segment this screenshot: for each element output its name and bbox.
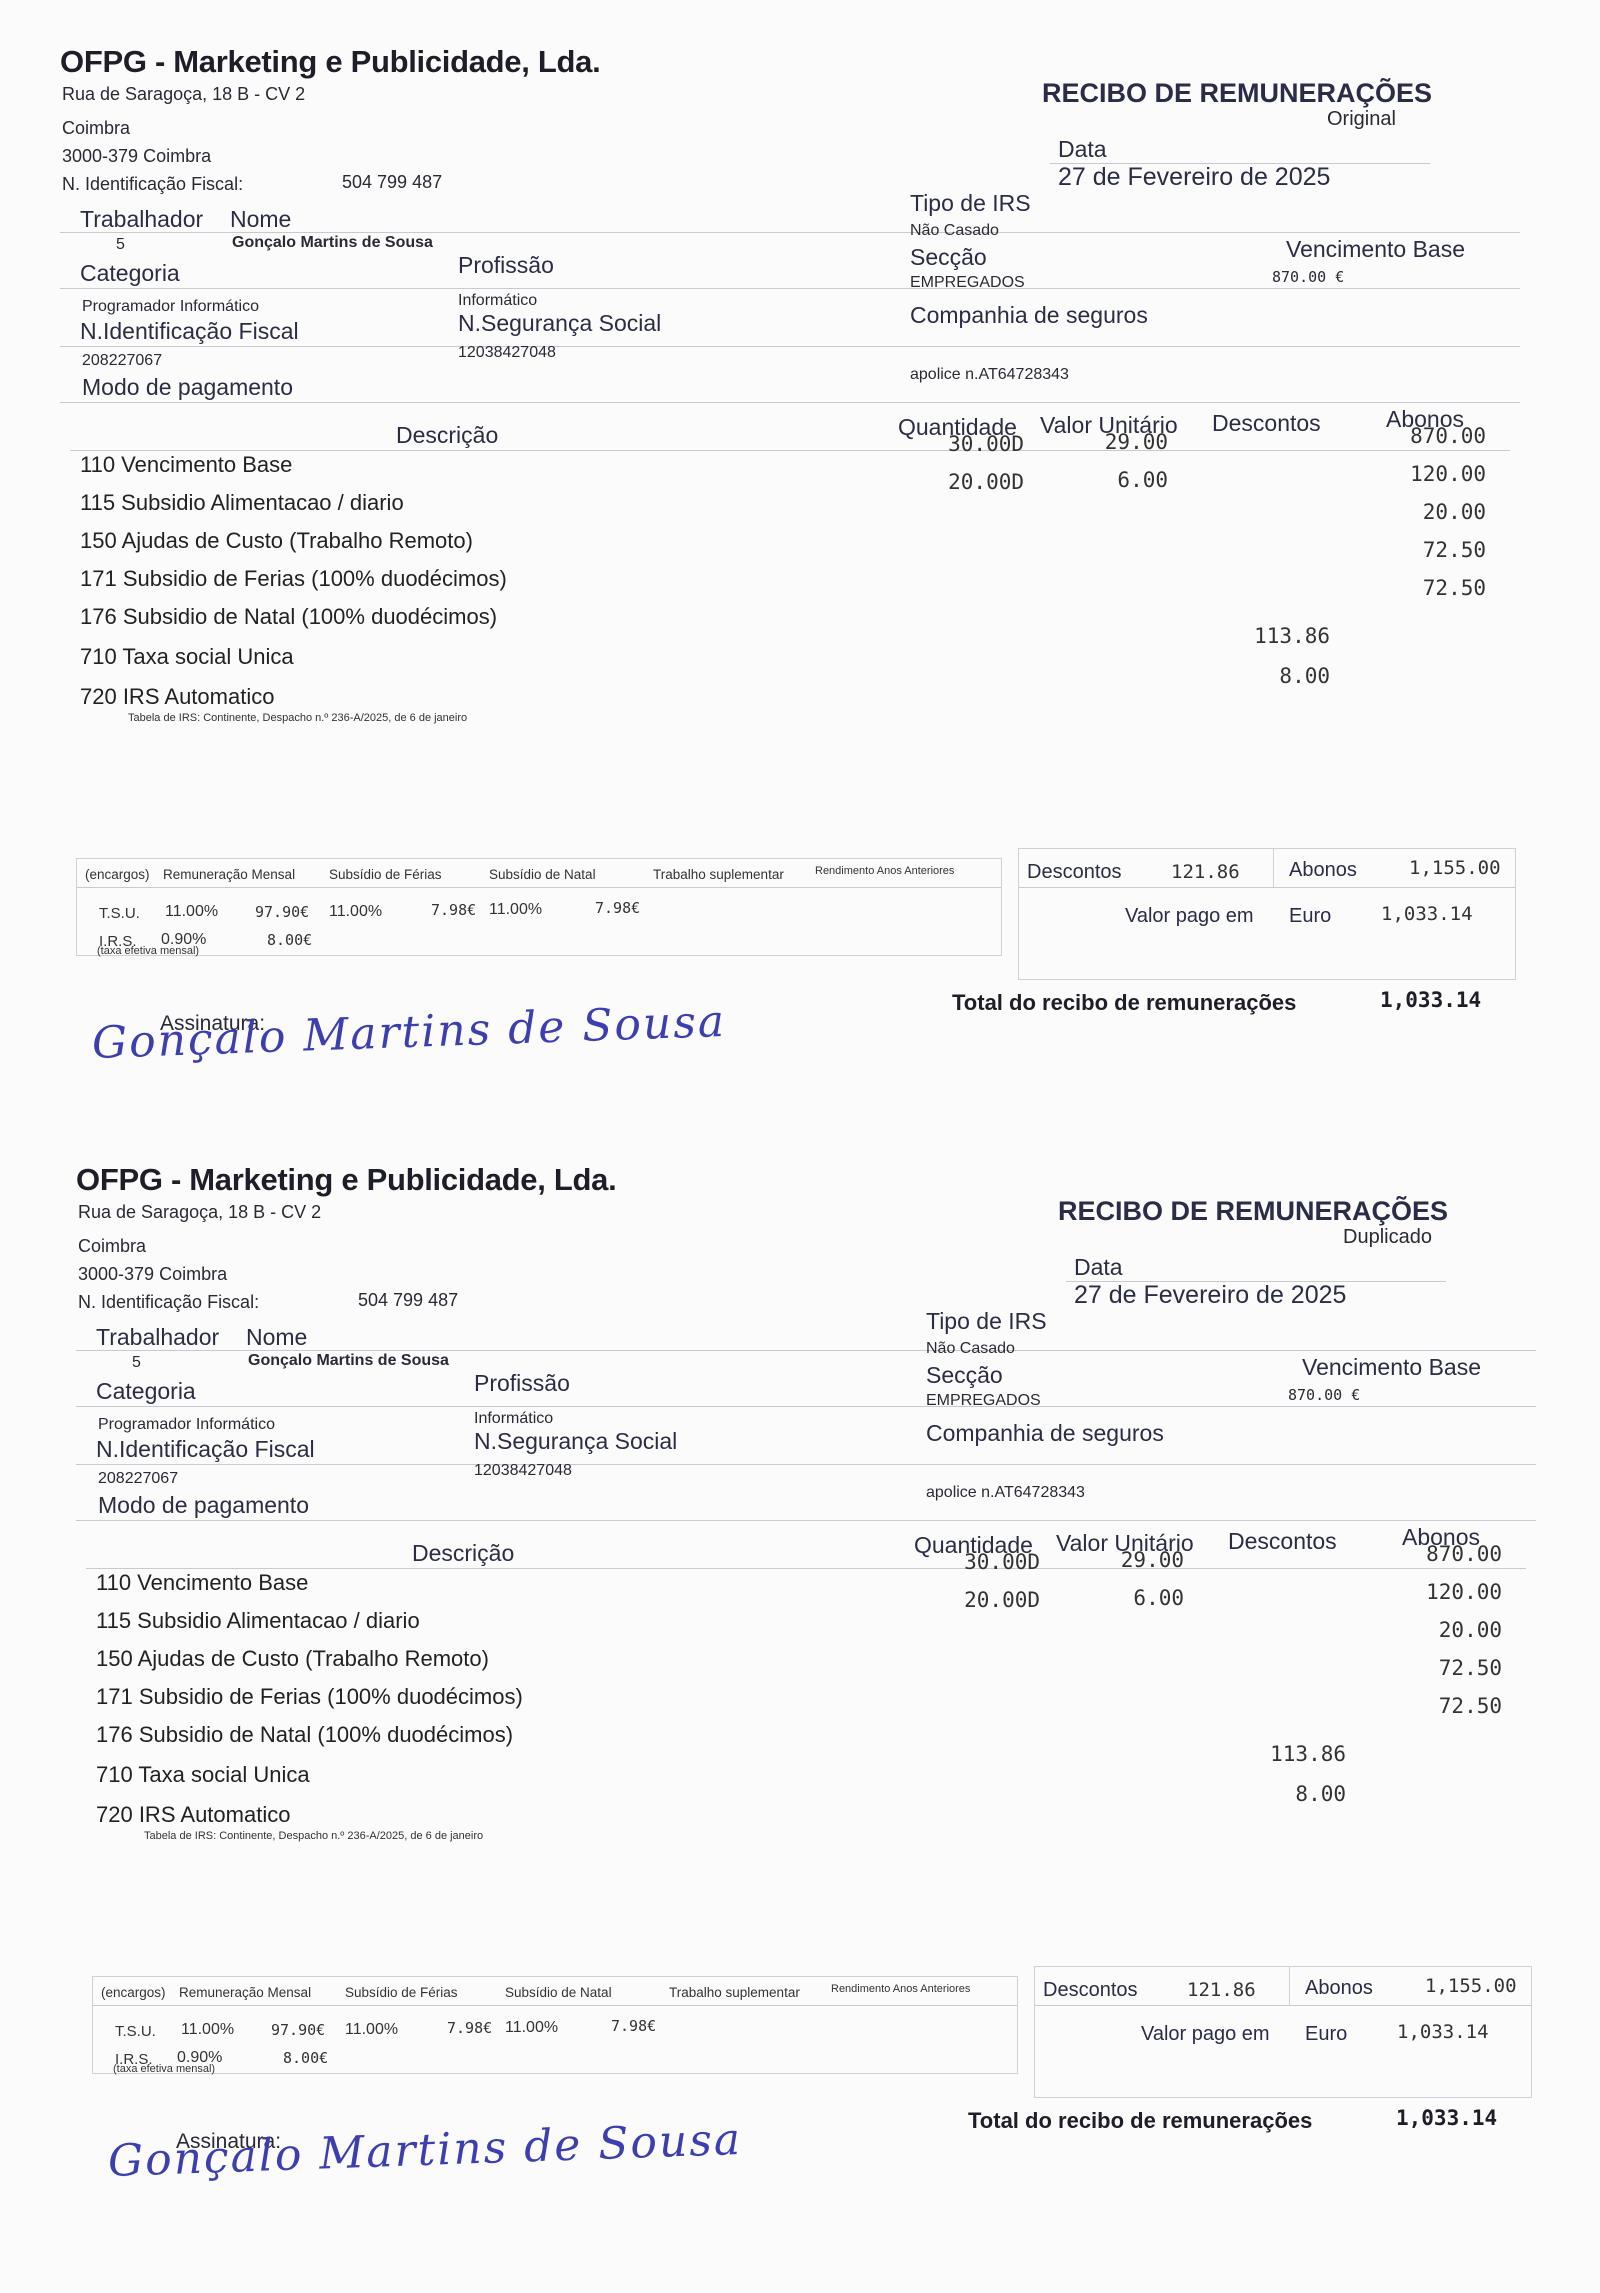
row-deductions: 113.86 — [1200, 624, 1330, 648]
irs-type: Não Casado — [910, 222, 999, 240]
worker-number: 5 — [116, 236, 125, 254]
paid-amount: 1,033.14 — [1397, 2021, 1489, 2043]
row-unit-value: 6.00 — [1040, 468, 1168, 492]
name-label: Nome — [230, 206, 291, 233]
row-description: 720 IRS Automatico — [80, 684, 274, 710]
copy-type: Original — [1327, 108, 1396, 131]
row-description: 171 Subsidio de Ferias (100% duodécimos) — [96, 1684, 523, 1710]
insurance-policy: apolice n.AT64728343 — [910, 366, 1069, 384]
irs-table-note: Tabela de IRS: Continente, Despacho n.º … — [144, 1830, 483, 1842]
name-label: Nome — [246, 1324, 307, 1351]
base-salary: 870.00 € — [1272, 268, 1344, 286]
profession-value: Informático — [458, 292, 537, 310]
worker-nif-label: N.Identificação Fiscal — [80, 318, 299, 345]
charges-header: Subsídio de Natal — [489, 867, 596, 882]
paid-currency: Euro — [1305, 2023, 1347, 2046]
category-value: Programador Informático — [82, 298, 259, 316]
charges-header: Remuneração Mensal — [179, 1985, 311, 2000]
row-allowances: 20.00 — [1376, 1618, 1502, 1642]
row-allowances: 870.00 — [1376, 1542, 1502, 1566]
charges-box: (encargos)Remuneração MensalSubsídio de … — [92, 1976, 1018, 2074]
irs-type-label: Tipo de IRS — [910, 190, 1031, 217]
paid-label: Valor pago em — [1141, 2023, 1270, 2046]
base-salary-label: Vencimento Base — [1302, 1354, 1481, 1381]
paid-amount: 1,033.14 — [1381, 903, 1473, 925]
category-label: Categoria — [80, 260, 180, 287]
document-date: 27 de Fevereiro de 2025 — [1058, 163, 1330, 192]
worker-name: Gonçalo Martins de Sousa — [232, 234, 433, 252]
row-unit-value: 29.00 — [1040, 430, 1168, 454]
worker-number: 5 — [132, 1354, 141, 1372]
worker-nif: 208227067 — [98, 1470, 178, 1488]
irs-rate-note: (taxa efetiva mensal) — [97, 945, 199, 957]
row-description: 176 Subsidio de Natal (100% duodécimos) — [96, 1722, 513, 1748]
company-address: Rua de Saragoça, 18 B - CV 2 — [78, 1202, 321, 1223]
tsu-label: T.S.U. — [115, 2023, 156, 2040]
row-allowances: 72.50 — [1360, 576, 1486, 600]
irs-value: 8.00€ — [267, 931, 312, 949]
document-title: RECIBO DE REMUNERAÇÕES — [1042, 78, 1432, 109]
receipt-copy-duplicado: OFPG - Marketing e Publicidade, Lda. Rua… — [16, 1118, 1600, 2258]
tsu-value-monthly: 97.90€ — [271, 2021, 325, 2039]
summary-allowances-label: Abonos — [1305, 1977, 1373, 2000]
irs-table-note: Tabela de IRS: Continente, Despacho n.º … — [128, 712, 467, 724]
worker-nif-label: N.Identificação Fiscal — [96, 1436, 315, 1463]
section-label: Secção — [926, 1362, 1003, 1389]
tsu-value-holiday: 7.98€ — [447, 2019, 492, 2037]
irs-value: 8.00€ — [283, 2049, 328, 2067]
row-description: 110 Vencimento Base — [80, 452, 292, 478]
col-description: Descrição — [396, 422, 498, 449]
summary-allowances-label: Abonos — [1289, 859, 1357, 882]
tsu-rate-monthly: 11.00% — [181, 2021, 234, 2039]
copy-type: Duplicado — [1343, 1226, 1432, 1249]
row-unit-value: 6.00 — [1056, 1586, 1184, 1610]
row-description: 720 IRS Automatico — [96, 1802, 290, 1828]
company-city: Coimbra — [62, 118, 130, 139]
total-label: Total do recibo de remunerações — [968, 2108, 1312, 2134]
tsu-value-christmas: 7.98€ — [611, 2017, 656, 2035]
row-allowances: 72.50 — [1376, 1694, 1502, 1718]
tsu-rate-holiday: 11.00% — [345, 2021, 398, 2039]
summary-deductions: 121.86 — [1187, 1979, 1256, 2001]
tsu-value-holiday: 7.98€ — [431, 901, 476, 919]
row-deductions: 8.00 — [1200, 664, 1330, 688]
section-value: EMPREGADOS — [910, 274, 1025, 292]
receipt-copy-original: OFPG - Marketing e Publicidade, Lda. Rua… — [0, 0, 1600, 1140]
document-date: 27 de Fevereiro de 2025 — [1074, 1281, 1346, 1310]
company-address: Rua de Saragoça, 18 B - CV 2 — [62, 84, 305, 105]
summary-box: Descontos 121.86 Abonos 1,155.00 Valor p… — [1018, 848, 1516, 980]
company-nif: 504 799 487 — [342, 172, 442, 193]
row-quantity: 20.00D — [900, 470, 1024, 494]
company-city: Coimbra — [78, 1236, 146, 1257]
company-name: OFPG - Marketing e Publicidade, Lda. — [76, 1162, 616, 1198]
date-label: Data — [1074, 1254, 1123, 1281]
tsu-rate-christmas: 11.00% — [505, 2019, 558, 2037]
row-quantity: 20.00D — [916, 1588, 1040, 1612]
row-description: 176 Subsidio de Natal (100% duodécimos) — [80, 604, 497, 630]
insurance-label: Companhia de seguros — [910, 302, 1148, 329]
irs-type: Não Casado — [926, 1340, 1015, 1358]
irs-rate-note: (taxa efetiva mensal) — [113, 2063, 215, 2075]
charges-header: Subsídio de Férias — [345, 1985, 458, 2000]
section-label: Secção — [910, 244, 987, 271]
row-description: 150 Ajudas de Custo (Trabalho Remoto) — [96, 1646, 489, 1672]
row-description: 710 Taxa social Unica — [96, 1762, 310, 1788]
company-nif: 504 799 487 — [358, 1290, 458, 1311]
total-label: Total do recibo de remunerações — [952, 990, 1296, 1016]
summary-deductions-label: Descontos — [1027, 861, 1122, 884]
document-title: RECIBO DE REMUNERAÇÕES — [1058, 1196, 1448, 1227]
category-value: Programador Informático — [98, 1416, 275, 1434]
social-security-label: N.Segurança Social — [474, 1428, 677, 1455]
col-deductions: Descontos — [1228, 1528, 1337, 1555]
row-allowances: 72.50 — [1360, 538, 1486, 562]
base-salary-label: Vencimento Base — [1286, 236, 1465, 263]
row-unit-value: 29.00 — [1056, 1548, 1184, 1572]
summary-allowances: 1,155.00 — [1409, 857, 1501, 879]
social-security-label: N.Segurança Social — [458, 310, 661, 337]
summary-allowances: 1,155.00 — [1425, 1975, 1517, 1997]
worker-label: Trabalhador — [80, 206, 203, 233]
tsu-value-monthly: 97.90€ — [255, 903, 309, 921]
tsu-label: T.S.U. — [99, 905, 140, 922]
charges-header: Remuneração Mensal — [163, 867, 295, 882]
row-deductions: 113.86 — [1216, 1742, 1346, 1766]
social-security-number: 12038427048 — [458, 344, 556, 362]
row-description: 110 Vencimento Base — [96, 1570, 308, 1596]
charges-header: (encargos) — [101, 1985, 166, 2000]
company-nif-label: N. Identificação Fiscal: — [62, 174, 243, 195]
irs-type-label: Tipo de IRS — [926, 1308, 1047, 1335]
row-quantity: 30.00D — [900, 432, 1024, 456]
row-deductions: 8.00 — [1216, 1782, 1346, 1806]
row-description: 115 Subsidio Alimentacao / diario — [96, 1608, 420, 1634]
charges-header: Subsídio de Natal — [505, 1985, 612, 2000]
row-description: 150 Ajudas de Custo (Trabalho Remoto) — [80, 528, 473, 554]
payment-method-label: Modo de pagamento — [82, 374, 293, 401]
social-security-number: 12038427048 — [474, 1462, 572, 1480]
charges-header: Subsídio de Férias — [329, 867, 442, 882]
tsu-rate-christmas: 11.00% — [489, 901, 542, 919]
profession-label: Profissão — [458, 252, 554, 279]
handwritten-signature: Gonçalo Martins de Sousa — [107, 2114, 743, 2187]
tsu-value-christmas: 7.98€ — [595, 899, 640, 917]
charges-box: (encargos)Remuneração MensalSubsídio de … — [76, 858, 1002, 956]
row-allowances: 72.50 — [1376, 1656, 1502, 1680]
category-label: Categoria — [96, 1378, 196, 1405]
row-allowances: 20.00 — [1360, 500, 1486, 524]
row-quantity: 30.00D — [916, 1550, 1040, 1574]
row-allowances: 120.00 — [1360, 462, 1486, 486]
company-nif-label: N. Identificação Fiscal: — [78, 1292, 259, 1313]
summary-box: Descontos 121.86 Abonos 1,155.00 Valor p… — [1034, 1966, 1532, 2098]
payment-method-label: Modo de pagamento — [98, 1492, 309, 1519]
company-postal: 3000-379 Coimbra — [78, 1264, 227, 1285]
col-description: Descrição — [412, 1540, 514, 1567]
summary-deductions: 121.86 — [1171, 861, 1240, 883]
charges-header: Trabalho suplementar — [653, 867, 784, 882]
company-postal: 3000-379 Coimbra — [62, 146, 211, 167]
date-label: Data — [1058, 136, 1107, 163]
tsu-rate-monthly: 11.00% — [165, 903, 218, 921]
paid-currency: Euro — [1289, 905, 1331, 928]
base-salary: 870.00 € — [1288, 1386, 1360, 1404]
company-name: OFPG - Marketing e Publicidade, Lda. — [60, 44, 600, 80]
total-amount: 1,033.14 — [1396, 2106, 1497, 2130]
row-description: 710 Taxa social Unica — [80, 644, 294, 670]
total-amount: 1,033.14 — [1380, 988, 1481, 1012]
charges-header: Rendimento Anos Anteriores — [815, 865, 954, 877]
paid-label: Valor pago em — [1125, 905, 1254, 928]
summary-deductions-label: Descontos — [1043, 1979, 1138, 2002]
row-allowances: 870.00 — [1360, 424, 1486, 448]
row-description: 171 Subsidio de Ferias (100% duodécimos) — [80, 566, 507, 592]
profession-value: Informático — [474, 1410, 553, 1428]
charges-header: (encargos) — [85, 867, 150, 882]
insurance-label: Companhia de seguros — [926, 1420, 1164, 1447]
tsu-rate-holiday: 11.00% — [329, 903, 382, 921]
worker-name: Gonçalo Martins de Sousa — [248, 1352, 449, 1370]
row-allowances: 120.00 — [1376, 1580, 1502, 1604]
worker-nif: 208227067 — [82, 352, 162, 370]
col-deductions: Descontos — [1212, 410, 1321, 437]
row-description: 115 Subsidio Alimentacao / diario — [80, 490, 404, 516]
insurance-policy: apolice n.AT64728343 — [926, 1484, 1085, 1502]
profession-label: Profissão — [474, 1370, 570, 1397]
handwritten-signature: Gonçalo Martins de Sousa — [91, 996, 727, 1069]
worker-label: Trabalhador — [96, 1324, 219, 1351]
charges-header: Trabalho suplementar — [669, 1985, 800, 2000]
section-value: EMPREGADOS — [926, 1392, 1041, 1410]
charges-header: Rendimento Anos Anteriores — [831, 1983, 970, 1995]
